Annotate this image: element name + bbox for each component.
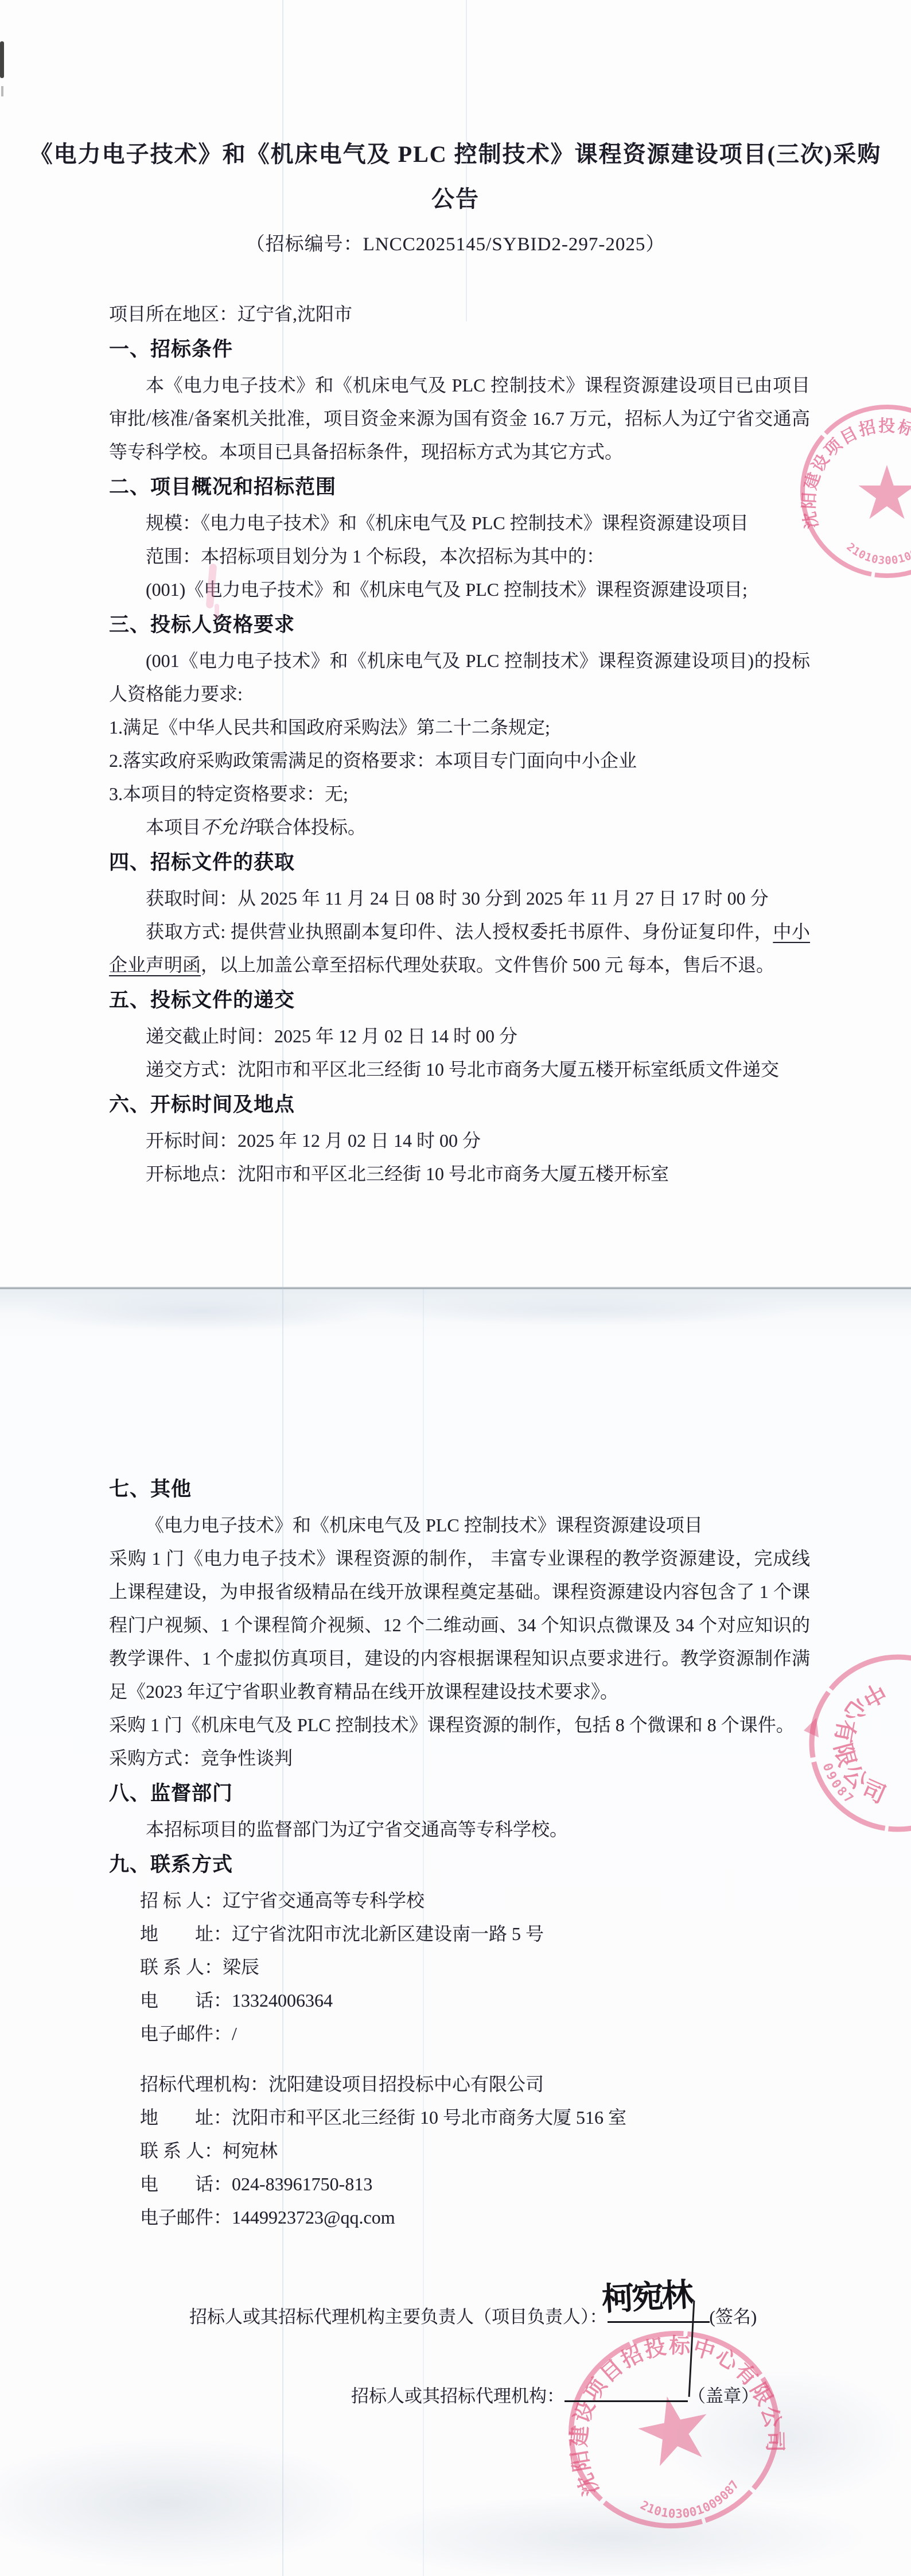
contact-label: 电子邮件： <box>140 2023 232 2044</box>
page-2: 七、其他 《电力电子技术》和《机床电气及 PLC 控制技术》课程资源建设项目 采… <box>0 1289 911 2576</box>
obtain-time: 获取时间：从 2025 年 11 月 24 日 08 时 30 分到 2025 … <box>109 882 810 915</box>
other-paragraph-2: 采购 1 门《机床电气及 PLC 控制技术》课程资源的制作，包括 8 个微课和 … <box>109 1708 810 1741</box>
project-scale: 规模：《电力电子技术》和《机床电气及 PLC 控制技术》课程资源建设项目 <box>109 506 810 540</box>
qualification-item-3: 3.本项目的特定资格要求：无; <box>109 777 810 810</box>
page-1-body: 项目所在地区：辽宁省,沈阳市 一、招标条件 本《电力电子技术》和《机床电气及 P… <box>109 297 810 1190</box>
signature-label: 招标人或其招标代理机构主要负责人（项目负责人）： <box>189 2307 608 2327</box>
contact-label: 联 系 人： <box>140 1957 223 1977</box>
tenderer-phone-row: 电 话：13324006364 <box>109 1984 810 2017</box>
contact-label: 电 话： <box>140 1990 232 2011</box>
obtain-method-post: ，以上加盖公章至招标代理处获取。文件售价 500 元 每本，售后不退。 <box>201 955 774 975</box>
handwritten-signature: 柯宛林 <box>601 2280 692 2314</box>
page-divider <box>0 1287 911 1289</box>
scan-shading <box>0 2437 367 2569</box>
title-block: 《电力电子技术》和《机床电气及 PLC 控制技术》课程资源建设项目(三次)采购 … <box>0 0 911 259</box>
project-scope: 范围：本招标项目划分为 1 个标段，本次招标为其中的： <box>109 540 810 573</box>
signature-suffix: （盖章） <box>688 2386 759 2406</box>
star-icon <box>859 465 911 519</box>
tenderer-address-row: 地 址：辽宁省沈阳市沈北新区建设南一路 5 号 <box>109 1917 810 1950</box>
other-project-line: 《电力电子技术》和《机床电气及 PLC 控制技术》课程资源建设项目 <box>109 1508 810 1542</box>
page-divider-shade <box>0 1289 911 1313</box>
agency-contact-row: 联 系 人：柯宛林 <box>109 2134 810 2167</box>
stamp-underline <box>564 2376 688 2402</box>
contact-value: 024-83961750-813 <box>232 2174 372 2194</box>
section-1-paragraph: 本《电力电子技术》和《机床电气及 PLC 控制技术》课程资源建设项目已由项目审批… <box>109 368 810 468</box>
contact-value: 13324006364 <box>232 1990 333 2011</box>
contact-label: 招标代理机构： <box>140 2074 268 2094</box>
signature-line-principal: 招标人或其招标代理机构主要负责人（项目负责人）：柯宛林(签名) <box>189 2297 757 2332</box>
page-title-line-2: 公告 <box>0 177 911 222</box>
contact-value: 辽宁省沈阳市沈北新区建设南一路 5 号 <box>232 1923 544 1944</box>
contact-label: 电 话： <box>140 2174 232 2194</box>
tenderer-name-row: 招 标 人：辽宁省交通高等专科学校 <box>109 1884 810 1917</box>
obtain-method-pre: 获取方式: 提供营业执照副本复印件、法人授权委托书原件、身份证复印件， <box>146 921 773 942</box>
project-location: 项目所在地区：辽宁省,沈阳市 <box>109 297 810 331</box>
svg-text:沈阳建设项目招投标中心有限公司: 沈阳建设项目招投标中心有限公司 <box>799 416 911 532</box>
opening-place: 开标地点：沈阳市和平区北三经街 10 号北市商务大厦五楼开标室 <box>109 1157 810 1190</box>
section-heading-3: 三、投标人资格要求 <box>109 606 810 644</box>
opening-time: 开标时间：2025 年 12 月 02 日 14 时 00 分 <box>109 1124 810 1157</box>
signature-line-agency: 招标人或其招标代理机构：（盖章） <box>351 2376 759 2411</box>
contact-value: 沈阳建设项目招投标中心有限公司 <box>268 2074 544 2094</box>
agency-name-row: 招标代理机构：沈阳建设项目招投标中心有限公司 <box>109 2067 810 2101</box>
page-1: 《电力电子技术》和《机床电气及 PLC 控制技术》课程资源建设项目(三次)采购 … <box>0 0 911 1288</box>
tenderer-email-row: 电子邮件：/ <box>109 2017 810 2050</box>
submit-method: 递交方式：沈阳市和平区北三经街 10 号北市商务大厦五楼开标室纸质文件递交 <box>109 1053 810 1086</box>
agency-address-row: 地 址：沈阳市和平区北三经街 10 号北市商务大厦 516 室 <box>109 2101 810 2134</box>
section-heading-2: 二、项目概况和招标范围 <box>109 468 810 506</box>
section-heading-5: 五、投标文件的递交 <box>109 981 810 1019</box>
project-lot: (001)《电力电子技术》和《机床电气及 PLC 控制技术》课程资源建设项目; <box>109 573 810 606</box>
document-scan: 《电力电子技术》和《机床电气及 PLC 控制技术》课程资源建设项目(三次)采购 … <box>0 0 911 2576</box>
page-title-line-1: 《电力电子技术》和《机床电气及 PLC 控制技术》课程资源建设项目(三次)采购 <box>0 132 911 177</box>
contact-value: / <box>232 2023 237 2044</box>
signature-label: 招标人或其招标代理机构： <box>351 2386 564 2406</box>
seal-company-name: 沈阳建设项目招投标中心有限公司 <box>799 416 911 532</box>
consortium-note-pre: 本项目 <box>146 817 201 837</box>
section-heading-1: 一、招标条件 <box>109 331 810 368</box>
obtain-method: 获取方式: 提供营业执照副本复印件、法人授权委托书原件、身份证复印件，中小企业声… <box>109 915 810 981</box>
consortium-note: 本项目不允许联合体投标。 <box>109 810 810 844</box>
agency-phone-row: 电 话：024-83961750-813 <box>109 2167 810 2201</box>
contact-label: 地 址： <box>140 1923 232 1944</box>
consortium-note-post: 联合体投标。 <box>256 817 366 837</box>
agency-email-row: 电子邮件：1449923723@qq.com <box>109 2201 810 2234</box>
section-heading-7: 七、其他 <box>109 1471 810 1508</box>
supervision-paragraph: 本招标项目的监督部门为辽宁省交通高等专科学校。 <box>109 1813 810 1846</box>
qualification-intro: (001《电力电子技术》和《机床电气及 PLC 控制技术》课程资源建设项目)的投… <box>109 644 810 711</box>
contact-value: 辽宁省交通高等专科学校 <box>223 1890 425 1911</box>
contact-label: 电子邮件： <box>140 2207 232 2228</box>
other-paragraph-1: 采购 1 门《电力电子技术》课程资源的制作， 丰富专业课程的教学资源建设，完成线… <box>109 1542 810 1708</box>
procurement-method: 采购方式：竞争性谈判 <box>109 1741 810 1775</box>
section-heading-4: 四、招标文件的获取 <box>109 844 810 882</box>
contact-value: 沈阳市和平区北三经街 10 号北市商务大厦 516 室 <box>232 2107 626 2128</box>
bid-number: （招标编号：LNCC2025145/SYBID2-297-2025） <box>0 230 911 259</box>
tenderer-contact-row: 联 系 人：梁辰 <box>109 1950 810 1984</box>
page-2-body: 七、其他 《电力电子技术》和《机床电气及 PLC 控制技术》课程资源建设项目 采… <box>109 1289 810 2234</box>
qualification-item-1: 1.满足《中华人民共和国政府采购法》第二十二条规定; <box>109 711 810 744</box>
company-seal-bottom: 沈阳建设项目招投标中心有限公司 210103001009087 <box>542 2297 807 2563</box>
signature-suffix: (签名) <box>710 2307 757 2327</box>
section-heading-8: 八、监督部门 <box>109 1775 810 1813</box>
contact-value: 1449923723@qq.com <box>232 2207 395 2228</box>
contact-label: 地 址： <box>140 2107 232 2128</box>
contact-value: 柯宛林 <box>223 2140 278 2161</box>
contact-label: 招 标 人： <box>140 1890 223 1911</box>
section-heading-6: 六、开标时间及地点 <box>109 1086 810 1124</box>
qualification-item-2: 2.落实政府采购政策需满足的资格要求：本项目专门面向中小企业 <box>109 744 810 777</box>
section-heading-9: 九、联系方式 <box>109 1846 810 1884</box>
company-seal-middle: 中心有限公司 09087 <box>799 1644 911 1842</box>
consortium-note-emphasis: 不允许 <box>201 817 256 837</box>
contact-label: 联 系 人： <box>140 2140 223 2161</box>
seal-ring <box>812 1657 911 1829</box>
company-seal-top: 沈阳建设项目招投标中心有限公司 210103001009087 <box>797 402 911 581</box>
spacer <box>109 2050 810 2067</box>
submit-deadline: 递交截止时间：2025 年 12 月 02 日 14 时 00 分 <box>109 1019 810 1053</box>
contact-value: 梁辰 <box>223 1957 259 1977</box>
